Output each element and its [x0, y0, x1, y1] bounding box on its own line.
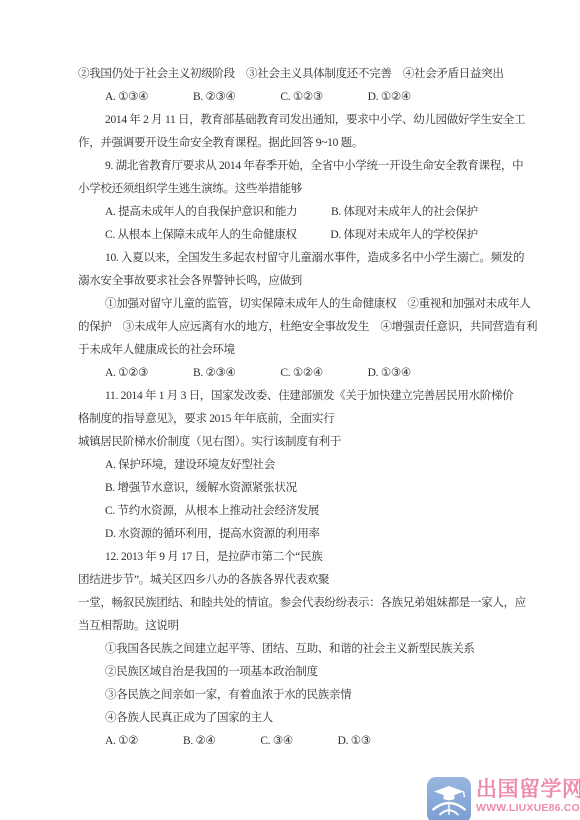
- text-line: B. 增强节水意识，缓解水资源紧张状况: [78, 477, 518, 500]
- watermark: 出国留学网 WWW.LIUXUE86.COM: [427, 777, 580, 820]
- text-line: 一堂，畅叙民族团结、和睦共处的情谊。参会代表纷纷表示：各族兄弟姐妹都是一家人，应: [78, 592, 518, 615]
- site-url: WWW.LIUXUE86.COM: [476, 802, 580, 815]
- site-name: 出国留学网: [476, 777, 580, 802]
- answer-options-line: A. ①② B. ②④ C. ③④ D. ①③: [78, 730, 518, 753]
- text-line: 10. 入夏以来，全国发生多起农村留守儿童溺水事件，造成多名中小学生溺亡。频发的: [78, 247, 518, 270]
- answer-options-line: A. ①③④ B. ②③④ C. ①②③ D. ①②④: [78, 86, 518, 109]
- text-line: 团结进步节”。城关区四乡八办的各族各界代表欢聚: [78, 569, 518, 592]
- text-line: 11. 2014 年 1 月 3 日，国家发改委、住建部颁发《关于加快建立完善居…: [78, 385, 518, 408]
- answer-options-line: A. 提高未成年人的自我保护意识和能力 B. 体现对未成年人的社会保护: [78, 201, 518, 224]
- text-line: ②民族区域自治是我国的一项基本政治制度: [78, 661, 518, 684]
- text-line: 2014 年 2 月 11 日，教育部基础教育司发出通知，要求中小学、幼儿园做好…: [78, 109, 518, 132]
- watermark-text: 出国留学网 WWW.LIUXUE86.COM: [476, 777, 580, 815]
- text-line: 的保护 ③未成年人应远离有水的地方，杜绝安全事故发生 ④增强责任意识，共同营造有…: [78, 316, 518, 339]
- text-line: ②我国仍处于社会主义初级阶段 ③社会主义具体制度还不完善 ④社会矛盾日益突出: [78, 63, 518, 86]
- text-line: C. 节约水资源，从根本上推动社会经济发展: [78, 500, 518, 523]
- text-line: 9. 湖北省教育厅要求从 2014 年春季开始，全省中小学统一开设生命安全教育课…: [78, 155, 518, 178]
- document-body: ②我国仍处于社会主义初级阶段 ③社会主义具体制度还不完善 ④社会矛盾日益突出A.…: [78, 63, 518, 753]
- text-line: 作，并强调要开设生命安全教育课程。据此回答 9~10 题。: [78, 132, 518, 155]
- text-line: 当互相帮助。这说明: [78, 615, 518, 638]
- text-line: A. 保护环境，建设环境友好型社会: [78, 454, 518, 477]
- text-line: ①加强对留守儿童的监管，切实保障未成年人的生命健康权 ②重视和加强对未成年人: [78, 293, 518, 316]
- text-line: ④各族人民真正成为了国家的主人: [78, 707, 518, 730]
- text-line: 小学校还须组织学生逃生演练。这些举措能够: [78, 178, 518, 201]
- site-logo: [427, 777, 471, 820]
- text-line: 溺水安全事故要求社会各界警钟长鸣，应做到: [78, 270, 518, 293]
- answer-options-line: C. 从根本上保障未成年人的生命健康权 D. 体现对未成年人的学校保护: [78, 224, 518, 247]
- text-line: 于未成年人健康成长的社会环境: [78, 339, 518, 362]
- text-line: D. 水资源的循环利用，提高水资源的利用率: [78, 523, 518, 546]
- graduation-cap-icon: [427, 777, 471, 820]
- text-line: 12. 2013 年 9 月 17 日，是拉萨市第二个“民族: [78, 546, 518, 569]
- text-line: ①我国各民族之间建立起平等、团结、互助、和谐的社会主义新型民族关系: [78, 638, 518, 661]
- answer-options-line: A. ①②③ B. ②③④ C. ①②④ D. ①③④: [78, 362, 518, 385]
- text-line: 城镇居民阶梯水价制度（见右图）。实行该制度有利于: [78, 431, 518, 454]
- text-line: 格制度的指导意见》，要求 2015 年年底前，全面实行: [78, 408, 518, 431]
- exam-document-page: ②我国仍处于社会主义初级阶段 ③社会主义具体制度还不完善 ④社会矛盾日益突出A.…: [0, 0, 580, 820]
- text-line: ③各民族之间亲如一家，有着血浓于水的民族亲情: [78, 684, 518, 707]
